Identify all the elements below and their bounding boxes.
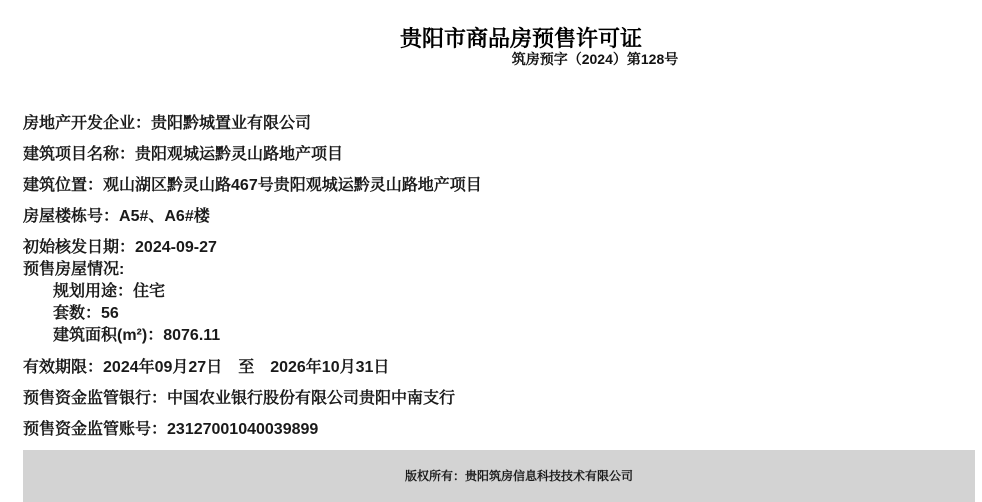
field-project-name-value: 贵阳观城运黔灵山路地产项目: [135, 146, 343, 163]
field-issue-date-label: 初始核发日期：: [23, 239, 135, 256]
field-unit-count-label: 套数：: [53, 305, 101, 322]
field-building-numbers-value: A5#、A6#楼: [119, 208, 210, 225]
presale-info-section: 预售房屋情况: 规划用途：住宅 套数：56 建筑面积(m²)：8076.11: [23, 259, 982, 347]
footer-bar: 版权所有：贵阳筑房信息科技技术有限公司: [23, 450, 975, 502]
field-project-name-label: 建筑项目名称：: [23, 146, 135, 163]
field-supervision-bank-label: 预售资金监管银行：: [23, 390, 167, 407]
permit-details: 房地产开发企业：贵阳黔城置业有限公司 建筑项目名称：贵阳观城运黔灵山路地产项目 …: [23, 113, 982, 441]
field-supervision-account: 预售资金监管账号：23127001040039899: [23, 419, 982, 441]
field-developer: 房地产开发企业：贵阳黔城置业有限公司: [23, 113, 982, 135]
copyright-company: 贵阳筑房信息科技技术有限公司: [465, 469, 633, 483]
page-title: 贵阳市商品房预售许可证: [30, 26, 982, 51]
field-developer-value: 贵阳黔城置业有限公司: [151, 115, 311, 132]
field-supervision-bank: 预售资金监管银行：中国农业银行股份有限公司贵阳中南支行: [23, 388, 982, 410]
field-supervision-account-label: 预售资金监管账号：: [23, 421, 167, 438]
field-unit-count: 套数：56: [23, 303, 982, 325]
field-planned-use-value: 住宅: [133, 283, 165, 300]
field-floor-area-label: 建筑面积(m²)：: [53, 327, 163, 344]
field-building-numbers-label: 房屋楼栋号：: [23, 208, 119, 225]
field-developer-label: 房地产开发企业：: [23, 115, 151, 132]
field-floor-area: 建筑面积(m²)：8076.11: [23, 325, 982, 347]
field-issue-date: 初始核发日期：2024-09-27: [23, 237, 982, 259]
field-building-numbers: 房屋楼栋号：A5#、A6#楼: [23, 206, 982, 228]
field-unit-count-value: 56: [101, 305, 119, 322]
field-supervision-bank-value: 中国农业银行股份有限公司贵阳中南支行: [167, 390, 455, 407]
field-validity-period: 有效期限：2024年09月27日 至 2026年10月31日: [23, 357, 982, 379]
document-number: 筑房预字（2024）第128号: [104, 51, 982, 68]
copyright-text: 版权所有：贵阳筑房信息科技技术有限公司: [43, 450, 982, 502]
field-validity-period-value: 2024年09月27日 至 2026年10月31日: [103, 359, 389, 376]
field-location: 建筑位置：观山湖区黔灵山路467号贵阳观城运黔灵山路地产项目: [23, 175, 982, 197]
field-planned-use-label: 规划用途：: [53, 283, 133, 300]
field-location-label: 建筑位置：: [23, 177, 103, 194]
field-supervision-account-value: 23127001040039899: [167, 421, 318, 438]
field-project-name: 建筑项目名称：贵阳观城运黔灵山路地产项目: [23, 144, 982, 166]
field-planned-use: 规划用途：住宅: [23, 281, 982, 303]
field-issue-date-value: 2024-09-27: [135, 239, 217, 256]
field-validity-period-label: 有效期限：: [23, 359, 103, 376]
field-location-value: 观山湖区黔灵山路467号贵阳观城运黔灵山路地产项目: [103, 177, 482, 194]
presale-info-heading: 预售房屋情况:: [23, 259, 982, 281]
field-floor-area-value: 8076.11: [163, 327, 220, 344]
copyright-label: 版权所有：: [405, 469, 465, 483]
